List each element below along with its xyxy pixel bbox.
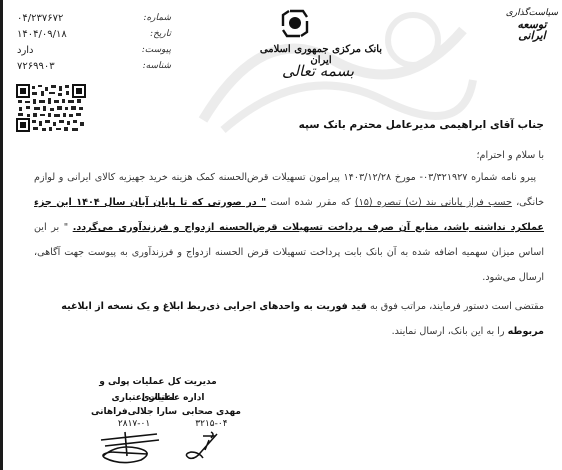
- meta-attachment-value: دارد: [11, 45, 123, 56]
- department-office: اداره عملیات اعتباری: [83, 390, 233, 406]
- meta-id-value: ۷۲۶۹۹۰۳: [11, 61, 123, 72]
- para2-urgency: قید فوریت: [316, 301, 367, 312]
- letter-page: شماره: ۰۴/۲۳۷۶۷۲ تاریخ: ۱۴۰۴/۰۹/۱۸ پیوست…: [3, 0, 562, 470]
- signature-scribble-icon: [181, 428, 221, 464]
- meta-number-value: ۰۴/۲۳۷۶۷۲: [11, 13, 123, 24]
- greeting: با سلام و احترام؛: [34, 146, 544, 165]
- meta-attachment: پیوست: دارد: [11, 42, 171, 58]
- paragraph-1: پیرو نامه شماره ۰۳/۳۲۱۹۲۷- مورخ ۱۴۰۳/۱۲/…: [34, 165, 544, 290]
- signer-2-name: سارا جلالی‌فراهانی: [91, 406, 177, 418]
- signature-department: مدیریت کل عملیات پولی و اعتباری اداره عم…: [83, 374, 233, 406]
- para1-text-b: که مقرر شده است: [266, 197, 355, 208]
- signer-1-name: مهدی صحابی: [182, 406, 241, 418]
- slogan-calligraphy: سیاست‌گذاری توسعه ایرانی: [506, 8, 558, 44]
- paragraph-2: مقتضی است دستور فرمایند، مراتب فوق به قی…: [34, 294, 544, 344]
- meta-number-label: شماره:: [123, 13, 171, 23]
- bismillah-heading: بسمه تعالی: [268, 62, 368, 80]
- para1-underlined-clause: حسب فراز پایانی بند (ث) تبصره (۱۵): [355, 197, 512, 208]
- meta-date: تاریخ: ۱۴۰۴/۰۹/۱۸: [11, 26, 171, 42]
- meta-id-label: شناسه:: [123, 61, 171, 71]
- meta-attachment-label: پیوست:: [123, 45, 171, 55]
- letter-meta: شماره: ۰۴/۲۳۷۶۷۲ تاریخ: ۱۴۰۴/۰۹/۱۸ پیوست…: [11, 10, 171, 74]
- meta-number: شماره: ۰۴/۲۳۷۶۷۲: [11, 10, 171, 26]
- letter-body: با سلام و احترام؛ پیرو نامه شماره ۰۳/۳۲۱…: [34, 146, 544, 344]
- para2-text-c: را به این بانک، ارسال نمایند.: [392, 326, 508, 337]
- recipient-line: جناب آقای ابراهیمی مدیرعامل محترم بانک س…: [299, 119, 544, 131]
- department-general: مدیریت کل عملیات پولی و اعتباری: [83, 374, 233, 390]
- signer-1: مهدی صحابی ۳۲۱۵-۰۴: [182, 406, 241, 430]
- slogan-line-2: توسعه ایرانی: [506, 19, 558, 41]
- qr-code-icon: [16, 84, 86, 132]
- meta-date-label: تاریخ:: [123, 29, 171, 39]
- central-bank-logo-icon: [265, 8, 325, 38]
- para2-text-a: مقتضی است دستور فرمایند، مراتب فوق به: [367, 301, 544, 312]
- meta-id: شناسه: ۷۲۶۹۹۰۳: [11, 58, 171, 74]
- meta-date-value: ۱۴۰۴/۰۹/۱۸: [11, 29, 123, 40]
- signature-scribble-icon: [97, 426, 163, 466]
